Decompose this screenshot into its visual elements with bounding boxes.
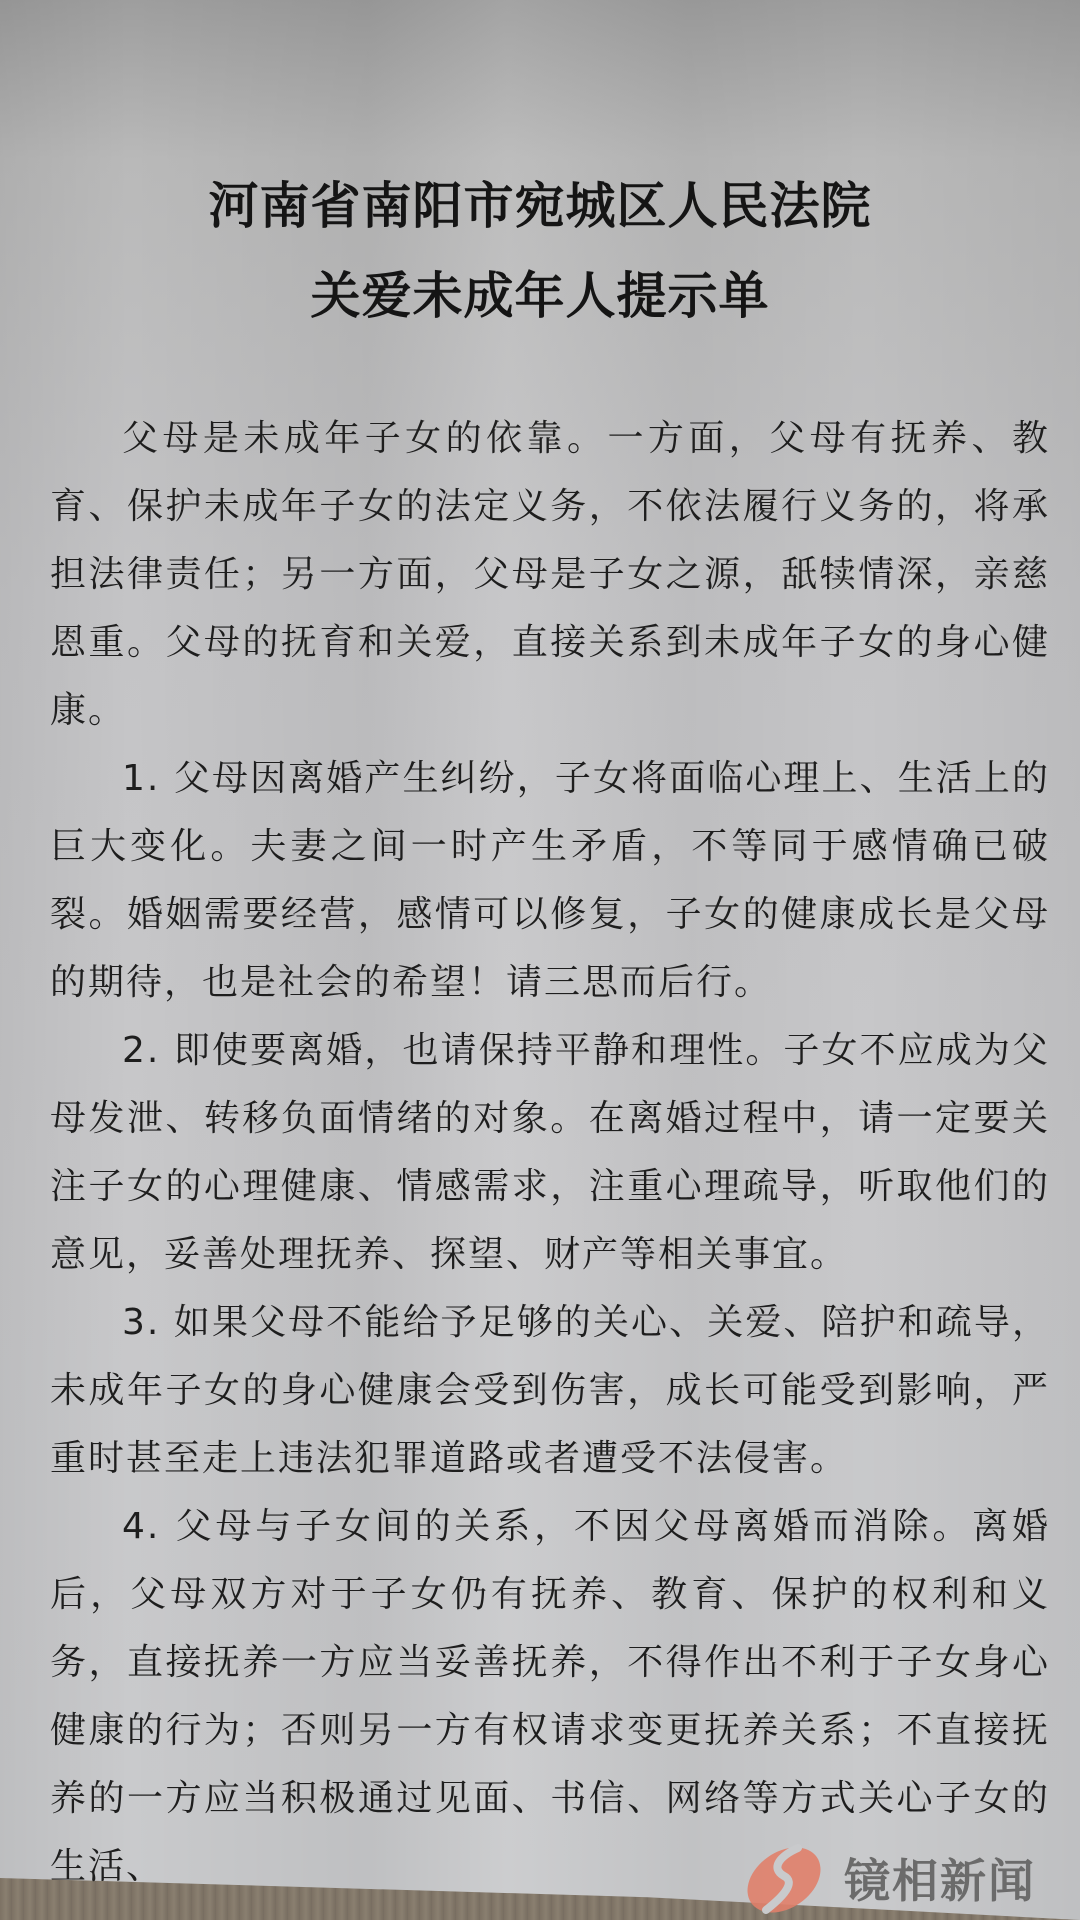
paragraph-item-2: 2. 即使要离婚，也请保持平静和理性。子女不应成为父母发泄、转移负面情绪的对象。…	[50, 1017, 1050, 1289]
watermark-text: 镜相新闻	[844, 1845, 1036, 1911]
document-title: 河南省南阳市宛城区人民法院 关爱未成年人提示单	[0, 170, 1080, 332]
paragraph-item-1: 1. 父母因离婚产生纠纷，子女将面临心理上、生活上的巨大变化。夫妻之间一时产生矛…	[50, 745, 1050, 1017]
news-watermark: 镜相新闻	[740, 1840, 1036, 1916]
jingxiang-news-logo-icon	[740, 1840, 828, 1916]
document-body: 父母是未成年子女的依靠。一方面，父母有抚养、教育、保护未成年子女的法定义务，不依…	[50, 405, 1050, 1901]
paragraph-item-3: 3. 如果父母不能给予足够的关心、关爱、陪护和疏导，未成年子女的身心健康会受到伤…	[50, 1289, 1050, 1493]
title-court-name: 河南省南阳市宛城区人民法院	[0, 170, 1080, 242]
paragraph-intro: 父母是未成年子女的依靠。一方面，父母有抚养、教育、保护未成年子女的法定义务，不依…	[50, 405, 1050, 745]
title-notice-name: 关爱未成年人提示单	[0, 260, 1080, 332]
